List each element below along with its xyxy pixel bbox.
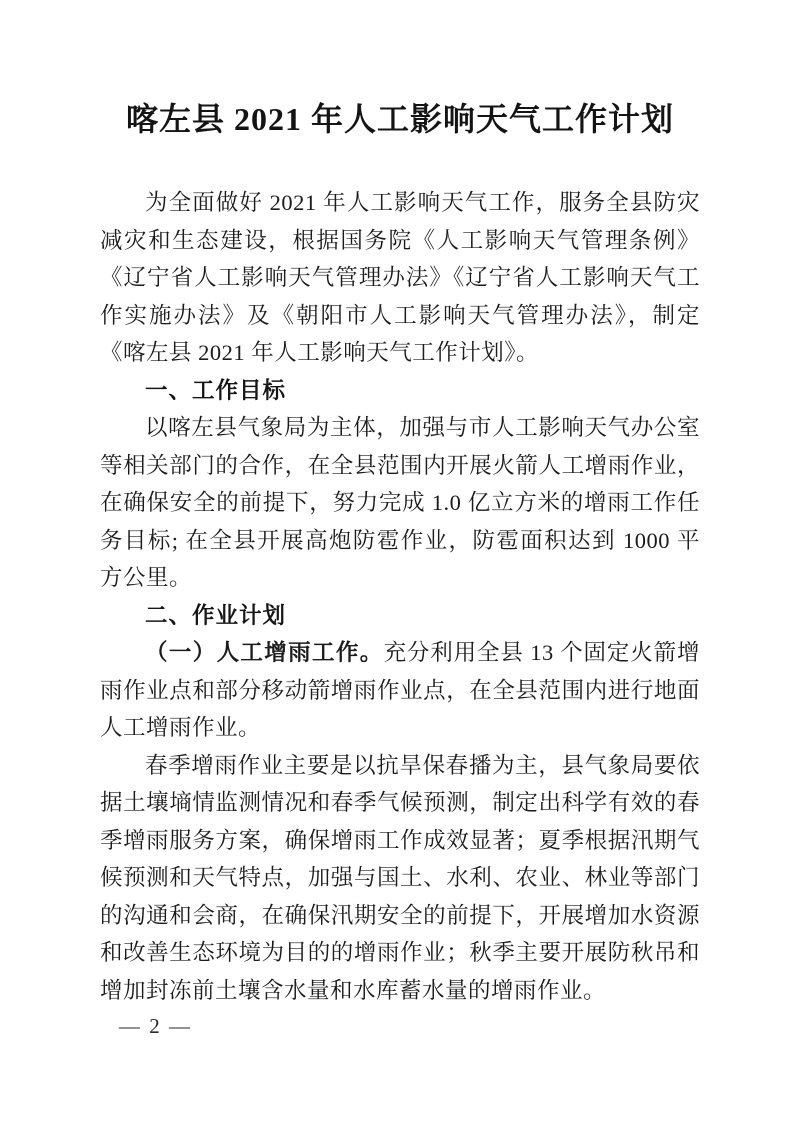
page-number: — 2 — [119,1012,192,1040]
paragraph-text: 为全面做好 2021 年人工影响天气工作，服务全县防灾减灾和生态建设，根据国务院… [100,190,700,365]
paragraph-intro: 为全面做好 2021 年人工影响天气工作，服务全县防灾减灾和生态建设，根据国务院… [100,184,700,372]
paragraph-work-goal: 以喀左县气象局为主体，加强与市人工影响天气办公室等相关部门的合作，在全县范围内开… [100,409,700,597]
paragraph-seasonal-plan: 春季增雨作业主要是以抗旱保春播为主，县气象局要依据土壤墒情监测情况和春季气候预测… [100,747,700,1010]
document-page: 喀左县 2021 年人工影响天气工作计划 为全面做好 2021 年人工影响天气工… [0,0,800,1130]
paragraph-lead: （一）人工增雨工作。 [145,640,384,665]
paragraph-rain-enhancement: （一）人工增雨工作。充分利用全县 13 个固定火箭增雨作业点和部分移动箭增雨作业… [100,634,700,747]
section-heading-1: 一、工作目标 [100,372,700,410]
paragraph-text: 春季增雨作业主要是以抗旱保春播为主，县气象局要依据土壤墒情监测情况和春季气候预测… [100,753,700,1003]
paragraph-text: 以喀左县气象局为主体，加强与市人工影响天气办公室等相关部门的合作，在全县范围内开… [100,415,700,590]
section-heading-2: 二、作业计划 [100,597,700,635]
document-title: 喀左县 2021 年人工影响天气工作计划 [100,96,700,142]
